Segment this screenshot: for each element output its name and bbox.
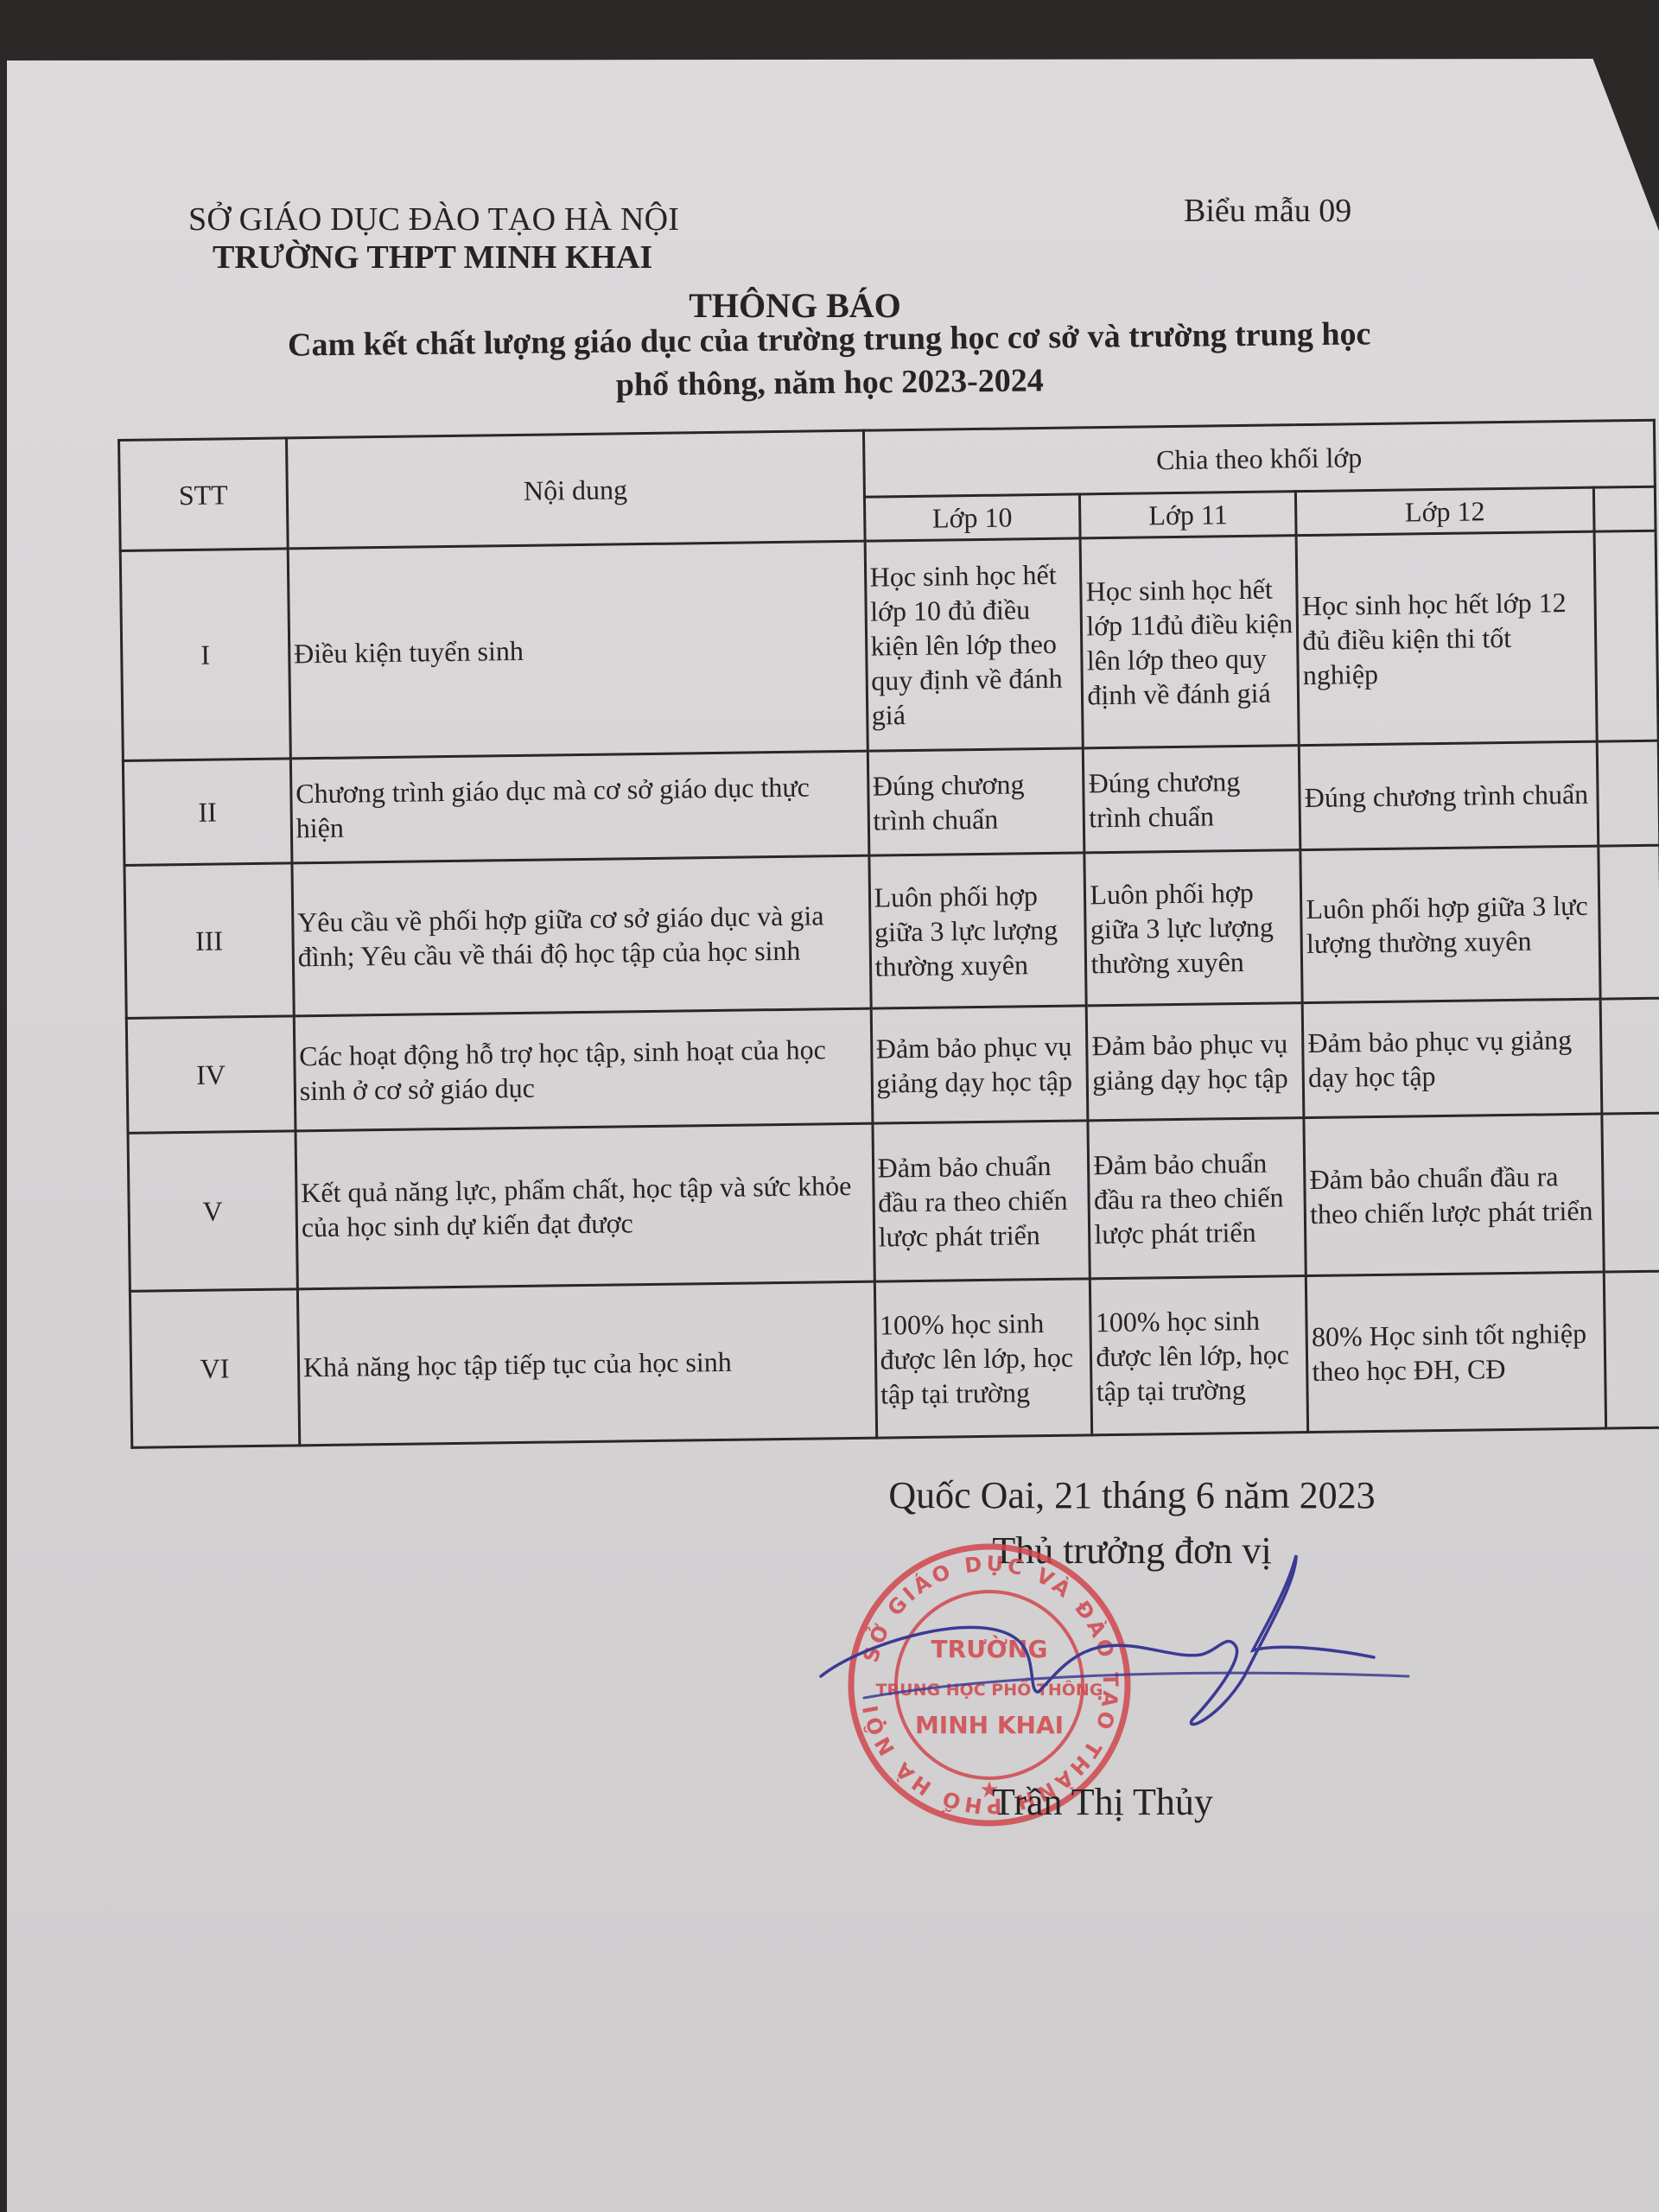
header-grade-10: Lớp 10 bbox=[864, 494, 1080, 541]
row-grade-11: Đảm bảo phục vụ giảng dạy học tập bbox=[1087, 1003, 1305, 1121]
row-empty bbox=[1604, 1271, 1659, 1428]
row-grade-11: Luôn phối hợp giữa 3 lực lượng thường xu… bbox=[1084, 850, 1302, 1006]
header-grade-12: Lớp 12 bbox=[1296, 487, 1594, 536]
document-header: SỞ GIÁO DỤC ĐÀO TẠO HÀ NỘI TRƯỜNG THPT M… bbox=[188, 200, 679, 276]
header-empty bbox=[1593, 486, 1656, 531]
row-grade-12: Học sinh học hết lớp 12 đủ điều kiện thi… bbox=[1296, 531, 1597, 745]
row-grade-10: Học sinh học hết lớp 10 đủ điều kiện lên… bbox=[865, 538, 1084, 751]
row-stt: VI bbox=[130, 1289, 299, 1448]
row-content: Chương trình giáo dục mà cơ sở giáo dục … bbox=[290, 751, 868, 863]
row-grade-11: Đúng chương trình chuẩn bbox=[1084, 746, 1300, 853]
row-grade-12: Đảm bảo chuẩn đầu ra theo chiến lược phá… bbox=[1304, 1114, 1604, 1275]
row-grade-11: 100% học sinh được lên lớp, học tập tại … bbox=[1090, 1276, 1308, 1435]
row-content: Yêu cầu về phối hợp giữa cơ sở giáo dục … bbox=[292, 855, 871, 1016]
row-grade-10: Đảm bảo phục vụ giảng dạy học tập bbox=[871, 1006, 1089, 1123]
row-grade-12: Luôn phối hợp giữa 3 lực lượng thường xu… bbox=[1300, 846, 1600, 1002]
table-row: I Điều kiện tuyển sinh Học sinh học hết … bbox=[120, 531, 1658, 760]
table-row: IV Các hoạt động hỗ trợ học tập, sinh ho… bbox=[126, 998, 1659, 1133]
commitment-table: STT Nội dung Chia theo khối lớp Lớp 10 L… bbox=[118, 419, 1659, 1449]
form-number: Biểu mẫu 09 bbox=[1184, 192, 1351, 230]
department-name: SỞ GIÁO DỤC ĐÀO TẠO HÀ NỘI bbox=[188, 200, 679, 238]
row-empty bbox=[1597, 741, 1659, 846]
header-grade-11: Lớp 11 bbox=[1080, 492, 1296, 538]
row-empty bbox=[1602, 1113, 1659, 1272]
row-empty bbox=[1594, 531, 1658, 741]
row-empty bbox=[1600, 998, 1659, 1114]
row-stt: II bbox=[123, 759, 291, 866]
row-grade-10: Đảm bảo chuẩn đầu ra theo chiến lược phá… bbox=[872, 1121, 1090, 1281]
row-empty bbox=[1599, 845, 1659, 999]
place-date: Quốc Oai, 21 tháng 6 năm 2023 bbox=[829, 1469, 1434, 1522]
row-grade-12: Đảm bảo phục vụ giảng dạy học tập bbox=[1302, 999, 1601, 1117]
row-grade-12: Đúng chương trình chuẩn bbox=[1299, 741, 1598, 850]
row-stt: I bbox=[120, 549, 290, 761]
row-grade-10: 100% học sinh được lên lớp, học tập tại … bbox=[874, 1279, 1092, 1438]
header-content: Nội dung bbox=[286, 430, 864, 549]
handwritten-signature-icon bbox=[812, 1547, 1417, 1771]
row-grade-11: Đảm bảo chuẩn đầu ra theo chiến lược phá… bbox=[1088, 1118, 1306, 1279]
table-row: V Kết quả năng lực, phẩm chất, học tập v… bbox=[128, 1113, 1659, 1291]
row-content: Điều kiện tuyển sinh bbox=[288, 541, 868, 759]
row-grade-12: 80% Học sinh tốt nghiệp theo học ĐH, CĐ bbox=[1306, 1272, 1606, 1432]
row-grade-10: Đúng chương trình chuẩn bbox=[868, 748, 1084, 855]
row-content: Khả năng học tập tiếp tục của học sinh bbox=[297, 1281, 876, 1446]
row-stt: V bbox=[128, 1131, 297, 1292]
row-content: Các hoạt động hỗ trợ học tập, sinh hoạt … bbox=[294, 1008, 872, 1131]
header-stt: STT bbox=[119, 438, 289, 551]
table-row: VI Khả năng học tập tiếp tục của học sin… bbox=[130, 1271, 1659, 1447]
row-stt: IV bbox=[126, 1016, 296, 1134]
signer-name: Trần Thị Thủy bbox=[992, 1780, 1213, 1824]
school-name: TRƯỜNG THPT MINH KHAI bbox=[213, 238, 679, 276]
row-stt: III bbox=[124, 863, 294, 1019]
row-grade-10: Luôn phối hợp giữa 3 lực lượng thường xu… bbox=[868, 853, 1086, 1008]
row-grade-11: Học sinh học hết lớp 11đủ điều kiện lên … bbox=[1080, 536, 1299, 748]
table-row: II Chương trình giáo dục mà cơ sở giáo d… bbox=[123, 741, 1659, 865]
header-grade-group: Chia theo khối lớp bbox=[863, 420, 1655, 497]
table-row: III Yêu cầu về phối hợp giữa cơ sở giáo … bbox=[124, 845, 1659, 1018]
row-content: Kết quả năng lực, phẩm chất, học tập và … bbox=[296, 1123, 874, 1289]
document-subtitle: Cam kết chất lượng giáo dục của trường t… bbox=[156, 311, 1504, 411]
